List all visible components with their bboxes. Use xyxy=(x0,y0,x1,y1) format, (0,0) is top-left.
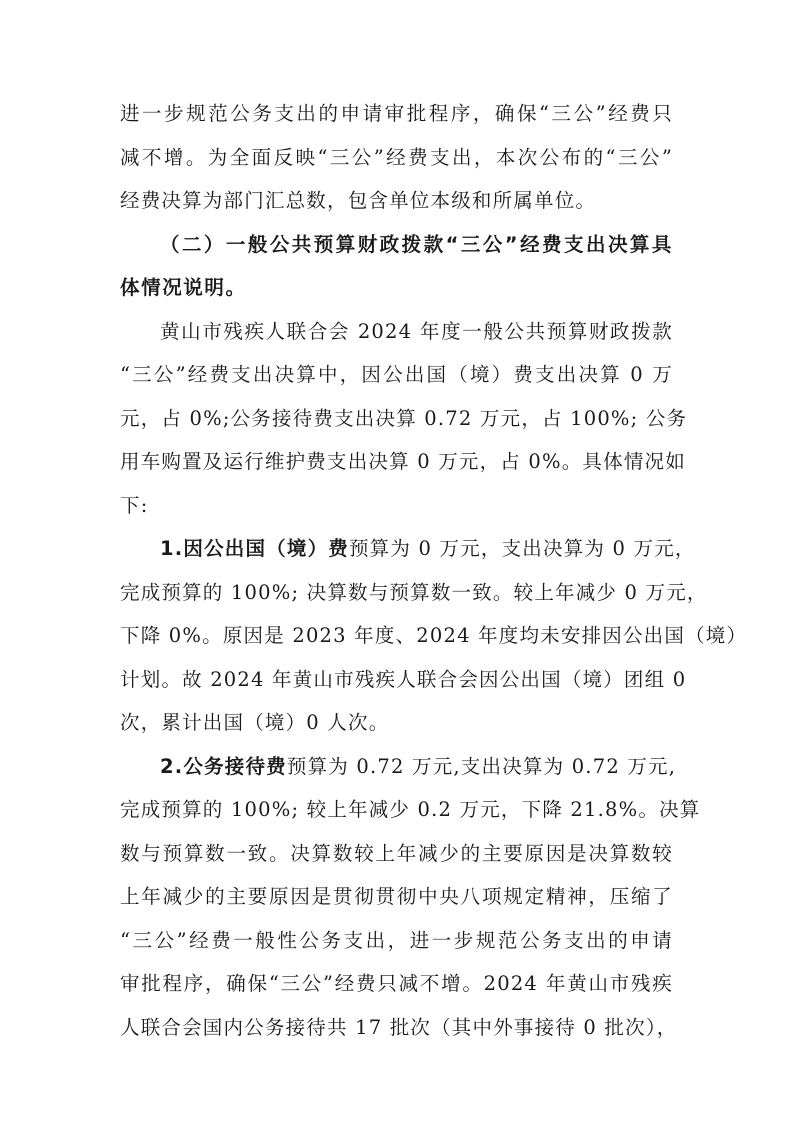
text-line: 经费决算为部门汇总数，包含单位本级和所属单位。 xyxy=(120,179,673,223)
heading-line: 体情况说明。 xyxy=(120,266,673,310)
text-line: 人联合会国内公务接待共 17 批次（其中外事接待 0 批次）， xyxy=(120,1006,673,1050)
text-line: 完成预算的 100%; 决算数与预算数一致。较上年减少 0 万元， xyxy=(120,571,673,615)
text-line: 元，占 0%;公务接待费支出决算 0.72 万元，占 100%; 公务 xyxy=(120,397,673,441)
section-heading: （二）一般公共预算财政拨款“三公”经费支出决算具 体情况说明。 xyxy=(120,223,673,310)
text-line: 减不增。为全面反映“三公”经费支出，本次公布的“三公” xyxy=(120,136,673,180)
summary-paragraph: 黄山市残疾人联合会 2024 年度一般公共预算财政拨款 “三公”经费支出决算中，… xyxy=(120,310,673,528)
document-page: 进一步规范公务支出的申请审批程序，确保“三公”经费只 减不增。为全面反映“三公”… xyxy=(120,92,673,1049)
text-line: “三公”经费支出决算中，因公出国（境）费支出决算 0 万 xyxy=(120,353,673,397)
text-line: 完成预算的 100%; 较上年减少 0.2 万元，下降 21.8%。决算 xyxy=(120,788,673,832)
item-title: 2.公务接待费 xyxy=(160,755,287,778)
text-line: 次，累计出国（境）0 人次。 xyxy=(120,701,673,745)
item-official-reception: 2.公务接待费预算为 0.72 万元,支出决算为 0.72 万元, 完成预算的 … xyxy=(120,745,673,1050)
item-text: 预算为 0.72 万元,支出决算为 0.72 万元, xyxy=(287,755,676,778)
text-line: 下降 0%。原因是 2023 年度、2024 年度均未安排因公出国（境） xyxy=(120,614,673,658)
text-line: 黄山市残疾人联合会 2024 年度一般公共预算财政拨款 xyxy=(120,310,673,354)
text-line: 数与预算数一致。决算数较上年减少的主要原因是决算数较 xyxy=(120,832,673,876)
item-text: 预算为 0 万元，支出决算为 0 万元， xyxy=(349,537,696,560)
text-line: “三公”经费一般性公务支出，进一步规范公务支出的申请 xyxy=(120,919,673,963)
intro-paragraph: 进一步规范公务支出的申请审批程序，确保“三公”经费只 减不增。为全面反映“三公”… xyxy=(120,92,673,223)
item-first-line: 2.公务接待费预算为 0.72 万元,支出决算为 0.72 万元, xyxy=(120,745,673,789)
heading-line: （二）一般公共预算财政拨款“三公”经费支出决算具 xyxy=(120,223,673,267)
text-line: 下: xyxy=(120,484,673,528)
text-line: 计划。故 2024 年黄山市残疾人联合会因公出国（境）团组 0 xyxy=(120,658,673,702)
text-line: 审批程序，确保“三公”经费只减不增。2024 年黄山市残疾 xyxy=(120,962,673,1006)
item-overseas-travel: 1.因公出国（境）费预算为 0 万元，支出决算为 0 万元， 完成预算的 100… xyxy=(120,527,673,745)
text-line: 上年减少的主要原因是贯彻贯彻中央八项规定精神，压缩了 xyxy=(120,875,673,919)
text-line: 用车购置及运行维护费支出决算 0 万元，占 0%。具体情况如 xyxy=(120,440,673,484)
item-title: 1.因公出国（境）费 xyxy=(160,537,349,560)
item-first-line: 1.因公出国（境）费预算为 0 万元，支出决算为 0 万元， xyxy=(120,527,673,571)
text-line: 进一步规范公务支出的申请审批程序，确保“三公”经费只 xyxy=(120,92,673,136)
